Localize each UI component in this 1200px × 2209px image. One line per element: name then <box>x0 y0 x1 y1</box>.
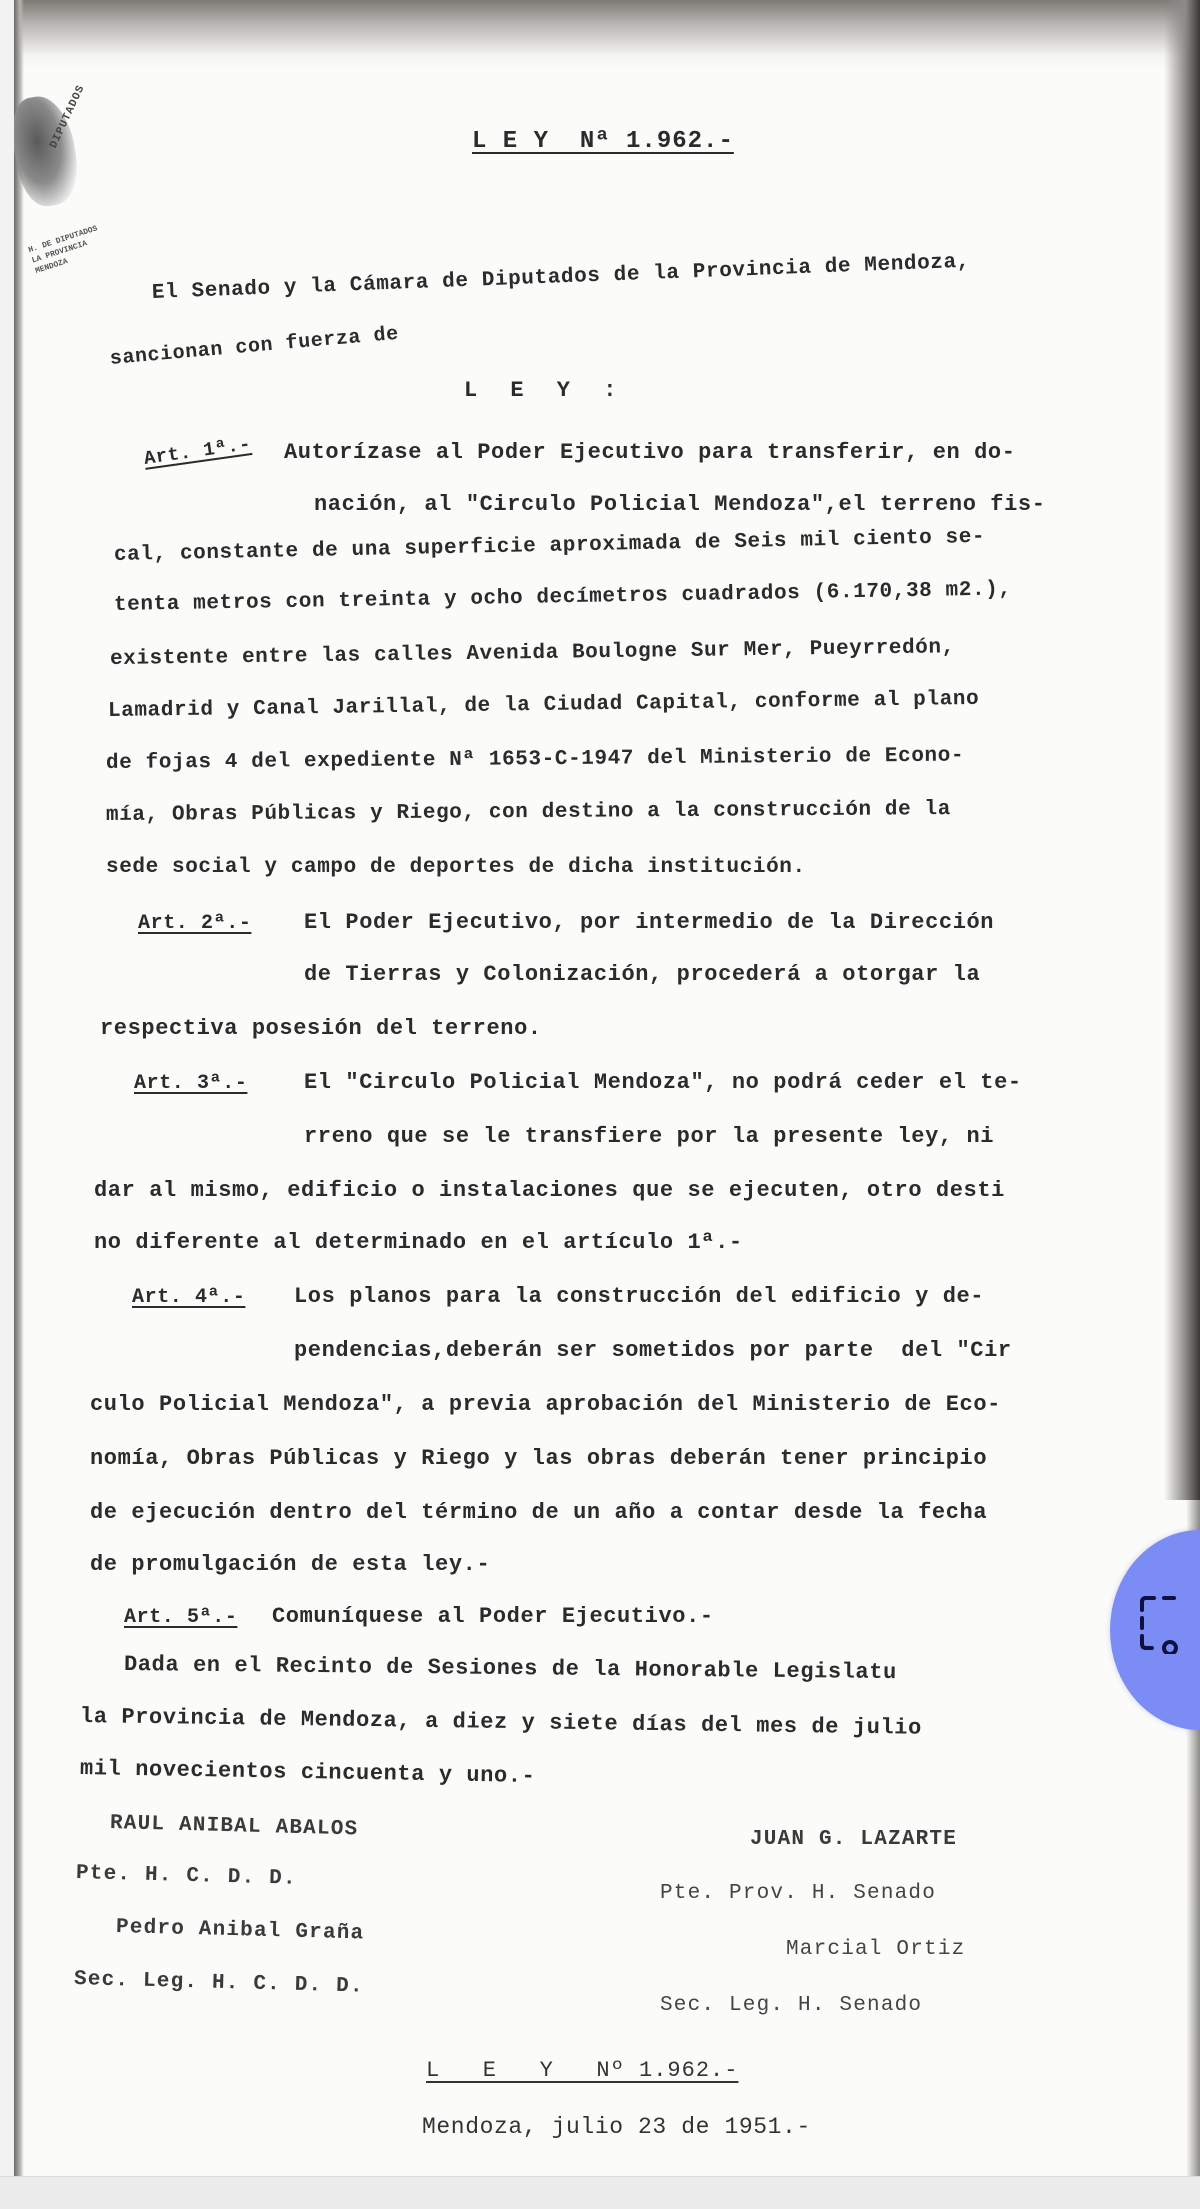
closing-line: la Provincia de Mendoza, a diez y siete … <box>80 1704 922 1741</box>
official-stamp: DIPUTADOS H. DE DIPUTADOS LA PROVINCIA M… <box>14 71 168 330</box>
article-5-label: Art. 5ª.- <box>124 1606 237 1629</box>
article-4-line: pendencias,deberán ser sometidos por par… <box>294 1338 1012 1363</box>
viewer-bottom-bar <box>0 2176 1200 2209</box>
article-3-line: rreno que se le transfiere por la presen… <box>304 1124 994 1149</box>
footer-law-number: L E Y Nº 1.962.- <box>426 2058 738 2083</box>
article-3-line: El "Circulo Policial Mendoza", no podrá … <box>304 1070 1022 1095</box>
article-1-line: de fojas 4 del expediente Nª 1653-C-1947… <box>106 745 964 775</box>
article-1-label: Art. 1ª.- <box>142 433 252 470</box>
article-5-line: Comuníquese al Poder Ejecutivo.- <box>272 1604 714 1629</box>
preamble-line-2: sancionan con fuerza de <box>109 323 400 371</box>
article-4-line: de ejecución dentro del término de un añ… <box>90 1500 987 1525</box>
article-4-line: Los planos para la construcción del edif… <box>294 1284 984 1309</box>
closing-line: Dada en el Recinto de Sesiones de la Hon… <box>124 1652 897 1685</box>
article-4-label: Art. 4ª.- <box>132 1286 245 1309</box>
scan-shadow-right <box>1164 0 1200 1500</box>
article-1-line: Lamadrid y Canal Jarillal, de la Ciudad … <box>108 688 980 723</box>
signatory-title: Pte. H. C. D. D. <box>76 1862 297 1891</box>
footer-place-date: Mendoza, julio 23 de 1951.- <box>422 2114 811 2140</box>
closing-line: mil novecientos cincuenta y uno.- <box>80 1756 536 1789</box>
article-1-line: sede social y campo de deportes de dicha… <box>106 856 806 879</box>
article-1-line: Autorízase al Poder Ejecutivo para trans… <box>284 440 1016 465</box>
article-1-line: mía, Obras Públicas y Riego, con destino… <box>106 798 951 827</box>
signatory-title: Pte. Prov. H. Senado <box>660 1882 936 1905</box>
article-1-line: cal, constante de una superficie aproxim… <box>114 526 986 567</box>
article-2-line: El Poder Ejecutivo, por intermedio de la… <box>304 910 994 935</box>
signatory-name: Marcial Ortiz <box>786 1938 965 1961</box>
article-3-line: dar al mismo, edificio o instalaciones q… <box>94 1178 1005 1203</box>
article-4-line: culo Policial Mendoza", a previa aprobac… <box>90 1392 1001 1417</box>
stamp-lines: H. DE DIPUTADOS LA PROVINCIA MENDOZA <box>27 223 106 277</box>
article-2-label: Art. 2ª.- <box>138 912 251 935</box>
signatory-name: Pedro Anibal Graña <box>116 1916 365 1945</box>
signatory-name: JUAN G. LAZARTE <box>750 1828 957 1851</box>
signatory-name: RAUL ANIBAL ABALOS <box>110 1812 359 1841</box>
signatory-title: Sec. Leg. H. C. D. D. <box>74 1968 364 1999</box>
article-1-line: existente entre las calles Avenida Boulo… <box>110 636 955 671</box>
scan-shadow-top <box>14 0 1200 70</box>
document-page: DIPUTADOS H. DE DIPUTADOS LA PROVINCIA M… <box>14 0 1200 2176</box>
law-title: L E Y Nª 1.962.- <box>472 128 734 155</box>
article-2-line: respectiva posesión del terreno. <box>100 1016 542 1041</box>
article-2-line: de Tierras y Colonización, procederá a o… <box>304 962 980 987</box>
article-4-line: nomía, Obras Públicas y Riego y las obra… <box>90 1446 987 1471</box>
signatory-title: Sec. Leg. H. Senado <box>660 1994 922 2017</box>
article-4-line: de promulgación de esta ley.- <box>90 1552 490 1577</box>
preamble-line-1: El Senado y la Cámara de Diputados de la… <box>152 251 971 305</box>
article-3-line: no diferente al determinado en el artícu… <box>94 1230 743 1255</box>
article-1-line: nación, al "Circulo Policial Mendoza",el… <box>314 492 1046 517</box>
law-heading: L E Y : <box>464 378 626 403</box>
article-3-label: Art. 3ª.- <box>134 1072 247 1095</box>
lens-scan-icon <box>1140 1594 1180 1654</box>
article-1-line: tenta metros con treinta y ocho decímetr… <box>114 578 1012 617</box>
scan-shadow-left <box>14 0 24 2176</box>
